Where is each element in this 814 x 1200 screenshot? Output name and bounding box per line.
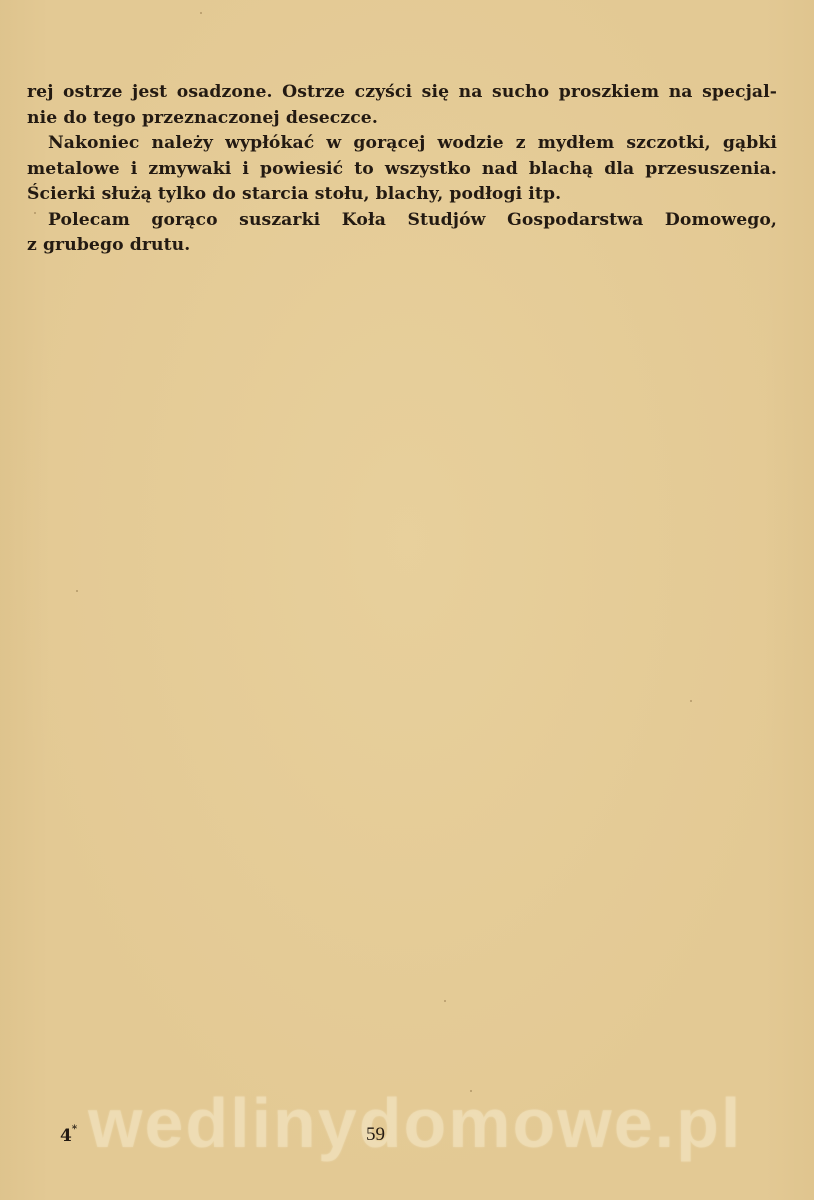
signature-asterisk: * bbox=[72, 1124, 77, 1135]
paragraph-line-end: z grubego drutu. bbox=[27, 233, 777, 259]
scanned-book-page: rej ostrze jest osadzone. Ostrze czyści … bbox=[0, 0, 814, 1200]
signature-number: 4 bbox=[60, 1126, 72, 1146]
paragraph-line-end: Ścierki służą tylko do starcia stołu, bl… bbox=[27, 182, 777, 208]
body-text: rej ostrze jest osadzone. Ostrze czyści … bbox=[27, 80, 777, 259]
paper-speck bbox=[76, 590, 78, 592]
page-footer: 4* 59 bbox=[0, 1122, 814, 1152]
paper-speck bbox=[690, 700, 692, 702]
paper-speck bbox=[200, 12, 202, 14]
paper-speck bbox=[444, 1000, 446, 1002]
paragraph-line-end: nie do tego przeznaczonej deseczce. bbox=[27, 106, 777, 132]
paragraph-line-start: Nakoniec należy wypłókać w gorącej wodzi… bbox=[27, 131, 777, 157]
page-number: 59 bbox=[366, 1124, 385, 1146]
printer-signature-mark: 4* bbox=[60, 1126, 77, 1146]
paper-speck bbox=[34, 212, 36, 214]
paragraph-line: metalowe i zmywaki i powiesić to wszystk… bbox=[27, 157, 777, 183]
paragraph-line-start: Polecam gorąco suszarki Koła Studjów Gos… bbox=[27, 208, 777, 234]
paper-speck bbox=[470, 1090, 472, 1092]
paragraph-line-continuation: rej ostrze jest osadzone. Ostrze czyści … bbox=[27, 80, 777, 106]
